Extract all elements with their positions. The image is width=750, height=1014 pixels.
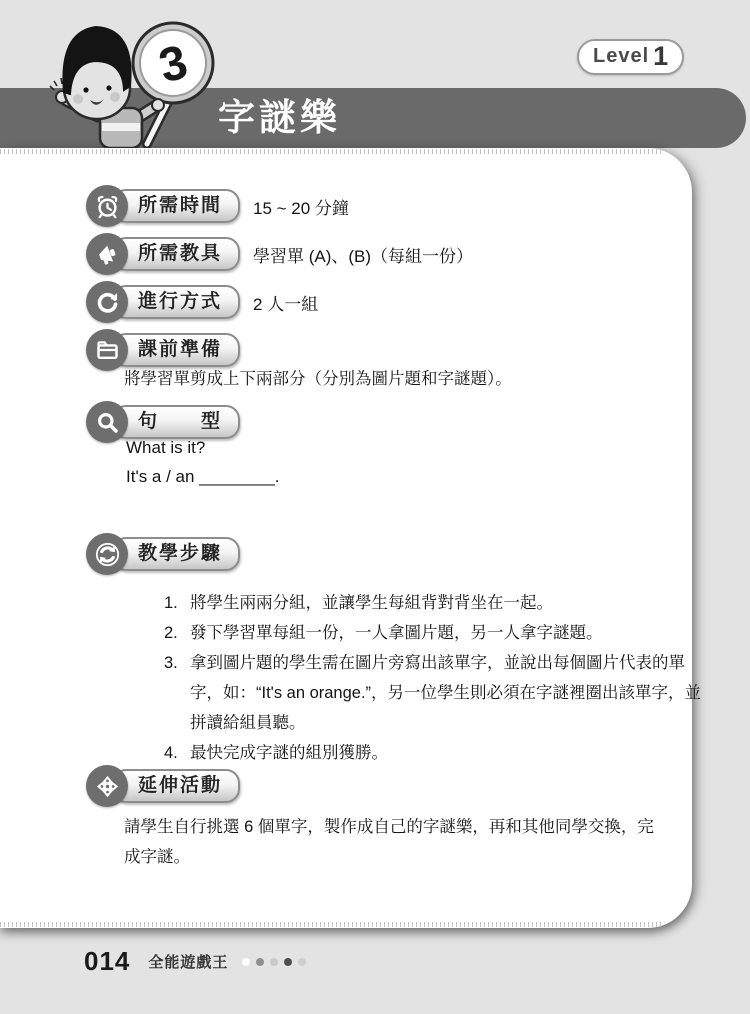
footer-dot	[298, 958, 306, 966]
section-value: 2 人一組	[253, 290, 318, 315]
page-number: 014	[84, 946, 130, 977]
section-label: 延伸活動	[112, 769, 240, 803]
megaphone-icon	[86, 233, 128, 275]
step-item: 2. 發下學習單每組一份，一人拿圖片題，另一人拿字謎題。	[164, 618, 709, 648]
magnifier-icon	[86, 401, 128, 443]
section-value: 15 ~ 20 分鐘	[253, 194, 349, 219]
step-item: 4. 最快完成字謎的組別獲勝。	[164, 738, 709, 768]
teaching-steps-list: 1. 將學生兩兩分組，並讓學生每組背對背坐在一起。 2. 發下學習單每組一份，一…	[124, 588, 709, 768]
book-title: 全能遊戲王	[148, 951, 228, 972]
section-label: 進行方式	[112, 285, 240, 319]
level-badge: Level 1	[577, 39, 684, 75]
preparation-text: 將學習單剪成上下兩部分（分別為圖片題和字謎題）。	[124, 364, 512, 394]
page-title: 字謎樂	[218, 88, 341, 148]
section-teaching-steps: 教學步驟	[86, 533, 240, 575]
section-extension-activity: 延伸活動	[86, 765, 240, 807]
folder-icon	[86, 329, 128, 371]
refresh-icon	[86, 281, 128, 323]
footer-dot	[284, 958, 292, 966]
extension-activity-text: 請學生自行挑選 6 個單字，製作成自己的字謎樂，再和其他同學交換，完成字謎。	[124, 812, 669, 872]
section-label: 所需教具	[112, 237, 240, 271]
step-item: 1. 將學生兩兩分組，並讓學生每組背對背坐在一起。	[164, 588, 709, 618]
move-arrows-icon	[86, 765, 128, 807]
section-label: 教學步驟	[112, 537, 240, 571]
sentence-line: What is it?	[126, 438, 205, 458]
section-method: 進行方式 2 人一組	[86, 281, 318, 323]
number-sign: 3	[133, 23, 213, 103]
footer-dot	[242, 958, 250, 966]
section-preparation: 課前準備	[86, 329, 240, 371]
section-sentence-pattern: 句 型	[86, 401, 240, 443]
content-card: 所需時間 15 ~ 20 分鐘 所需教具 學習單 (A)、(B)（每組一份） 進…	[0, 148, 692, 928]
footer-dot	[270, 958, 278, 966]
section-value: 學習單 (A)、(B)（每組一份）	[253, 242, 473, 267]
mascot-illustration: 3	[28, 6, 233, 148]
footer: 014 全能遊戲王	[84, 946, 306, 977]
section-materials: 所需教具 學習單 (A)、(B)（每組一份）	[86, 233, 473, 275]
cycle-arrows-icon	[86, 533, 128, 575]
section-label: 課前準備	[112, 333, 240, 367]
footer-dot	[256, 958, 264, 966]
level-number: 1	[653, 43, 668, 70]
section-time: 所需時間 15 ~ 20 分鐘	[86, 185, 349, 227]
section-label: 句 型	[112, 405, 240, 439]
sentence-line: It's a / an ________.	[126, 467, 280, 487]
step-item: 3. 拿到圖片題的學生需在圖片旁寫出該單字，並說出每個圖片代表的單字，如：“It…	[164, 648, 709, 738]
section-label: 所需時間	[112, 189, 240, 223]
footer-dots	[242, 958, 306, 966]
level-label: Level	[593, 45, 649, 68]
alarm-clock-icon	[86, 185, 128, 227]
book-page: 字謎樂 Level 1 3	[0, 0, 750, 1014]
